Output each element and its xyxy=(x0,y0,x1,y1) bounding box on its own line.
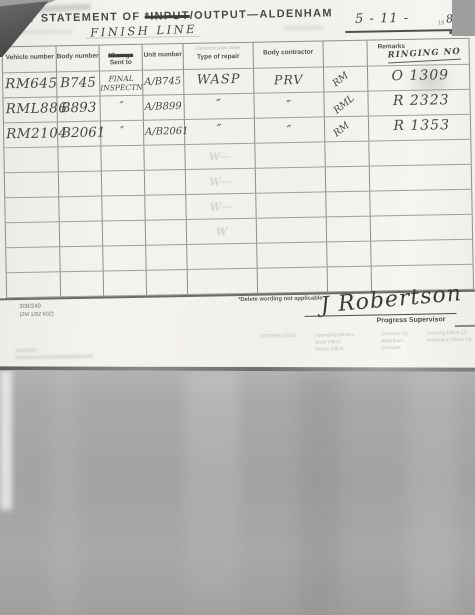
form-content: LY STATEMENT OF *INPUT/OUTPUT—ALDENHAM F… xyxy=(0,0,475,375)
col-header-contractor: Body contractor xyxy=(253,41,323,68)
distribution-loc: Chiswick (2) xyxy=(381,331,423,338)
distribution-extra xyxy=(427,344,475,351)
ghost-line xyxy=(15,349,37,352)
scanned-document-page: LY STATEMENT OF *INPUT/OUTPUT—ALDENHAM F… xyxy=(0,0,475,615)
handwritten-date: 5 - 11 - xyxy=(355,11,409,27)
cell-fleet-code: RML xyxy=(324,92,368,118)
distribution-dest: Operating Section xyxy=(315,332,377,339)
cell-ghost: W— xyxy=(186,194,256,220)
scanner-background xyxy=(0,370,475,615)
ghost-mark: W— xyxy=(185,144,254,164)
distribution-dest: Works Office xyxy=(315,346,377,353)
cell-type-of-repair: WASP xyxy=(184,69,254,95)
col-header-unit: Unit number xyxy=(143,44,184,71)
scan-streak xyxy=(50,370,78,615)
garage-line2: INSPECTN xyxy=(100,83,143,93)
repair-label: Type of repair xyxy=(197,53,240,61)
col-header-blank xyxy=(323,41,367,68)
garage-deleted-word: *Garage xyxy=(108,52,133,59)
distribution-list: DISTRIBUTION Operating Section Chiswick … xyxy=(261,330,475,354)
cell-vehicle-number: RM645 xyxy=(3,72,57,98)
delete-wording-note: *Delete wording not applicable xyxy=(238,296,322,304)
cell-body-number: B745 xyxy=(57,72,100,98)
cell-remark: R 2323 xyxy=(368,90,469,117)
distribution-dest: Stats Office xyxy=(315,339,377,346)
distribution-loc: Aldenham xyxy=(381,338,423,345)
ditto-mark: ″ xyxy=(120,124,124,137)
corner-fold xyxy=(0,0,56,62)
col-header-repair: Describe work done Type of repair xyxy=(183,43,253,70)
cell-garage: ″ xyxy=(100,96,143,122)
form-reference: 308/249 (2M 1/82 602) xyxy=(19,303,54,319)
scan-corner-artifact xyxy=(0,0,56,62)
scan-streak xyxy=(185,370,240,615)
cell-body-number: B2061 xyxy=(58,122,101,148)
garage-sent-to: Sent to xyxy=(100,59,142,67)
cell-ghost: W— xyxy=(185,144,255,170)
cell-body-contractor: ″ xyxy=(255,117,325,143)
title-suffix: /OUTPUT—ALDENHAM xyxy=(190,7,333,22)
scan-edge-notch xyxy=(452,0,475,36)
cell-body-number: B893 xyxy=(57,97,100,123)
cell-unit-number: A/B2061 xyxy=(144,120,185,146)
print-code: (2M 1/82 602) xyxy=(19,311,53,318)
fleet-code: RM xyxy=(331,70,351,89)
ghost-line xyxy=(15,355,93,359)
distribution-label: DISTRIBUTION xyxy=(261,333,311,340)
cell-garage: ″ xyxy=(101,121,144,147)
cell-garage: FINAL INSPECTN xyxy=(100,71,143,97)
distribution-loc: Chiswick xyxy=(381,345,423,352)
distribution-extra: Inspection Office (4) xyxy=(427,337,475,344)
fleet-code: RM xyxy=(332,120,352,139)
date-underline xyxy=(345,29,457,33)
ghost-print xyxy=(283,25,323,30)
cell-body-contractor: ″ xyxy=(254,92,324,118)
scan-streak xyxy=(298,370,340,615)
form-sheet: LY STATEMENT OF *INPUT/OUTPUT—ALDENHAM F… xyxy=(0,0,475,371)
cell-unit-number: A/B899 xyxy=(143,95,184,121)
ditto-mark: ″ xyxy=(119,99,123,112)
edge-mark xyxy=(455,325,475,327)
cell-body-contractor: PRV xyxy=(254,67,324,93)
cell-fleet-code: RM xyxy=(325,117,369,143)
cell-remark: O 1309 xyxy=(368,65,469,92)
cell-type-of-repair: ″ xyxy=(184,94,254,120)
printed-year-prefix: 19 xyxy=(438,20,444,26)
distribution-extra: Drawing Office (2) xyxy=(427,330,475,337)
cell-ghost: W— xyxy=(186,169,256,195)
cell-unit-number: A/B745 xyxy=(143,70,184,96)
col-header-body: Body number xyxy=(57,46,100,73)
cell-fleet-code: RM xyxy=(324,67,368,93)
ghost-mark: W xyxy=(187,219,256,239)
cell-vehicle-number: RML886 xyxy=(3,97,57,123)
scan-streak xyxy=(408,370,456,615)
form-number: 308/249 xyxy=(19,304,41,310)
repair-subnote: Describe work done xyxy=(184,46,253,53)
statement-table: Vehicle number Body number *Garage Sent … xyxy=(2,38,475,300)
signature-role: Progress Supervisor xyxy=(377,316,446,324)
cell-type-of-repair: ″ xyxy=(185,119,255,145)
cell-ghost: W xyxy=(187,219,257,245)
col-header-remarks: Remarks RINGING NO xyxy=(367,39,468,67)
col-header-garage: *Garage Sent to xyxy=(100,45,143,72)
handwritten-remarks-heading: RINGING NO xyxy=(387,48,461,64)
cell-vehicle-number: RM2104 xyxy=(4,122,58,148)
fleet-code: RML xyxy=(332,93,357,116)
title-deleted-word: *INPUT xyxy=(145,10,190,23)
scan-streak xyxy=(0,370,12,510)
cell-remark: R 1353 xyxy=(369,115,470,142)
ghost-mark: W— xyxy=(186,169,255,189)
garage-line1: FINAL xyxy=(108,74,133,83)
ghost-mark: W— xyxy=(186,194,255,214)
